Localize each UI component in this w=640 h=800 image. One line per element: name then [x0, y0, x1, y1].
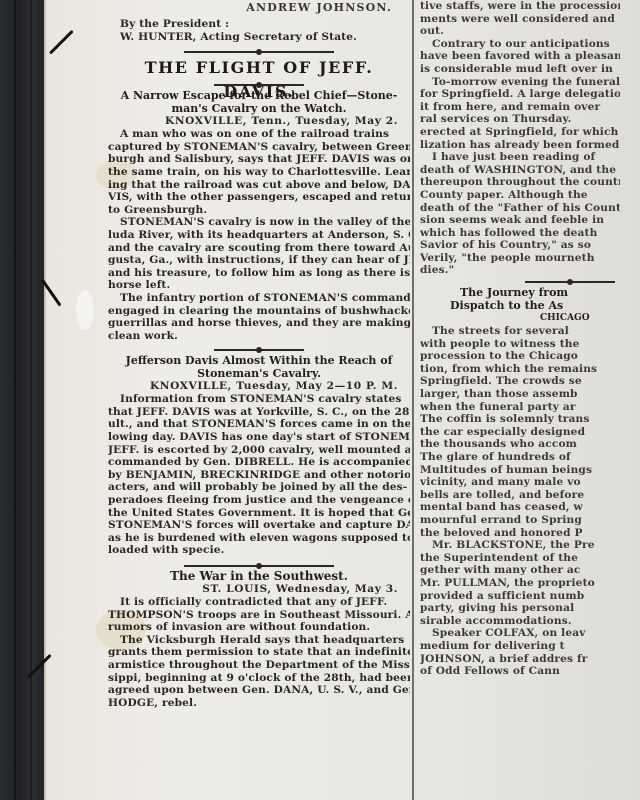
section-rule: [520, 277, 620, 286]
right-line: death of WASHINGTON, and the: [420, 164, 620, 177]
right-line: when the funeral party ar: [420, 401, 620, 414]
article1-line: STONEMAN'S cavalry is now in the valley …: [108, 216, 410, 229]
article3-line: grants them permission to state that an …: [108, 646, 410, 659]
right-line: The coffin is solemnly trans: [420, 413, 620, 426]
right-line: provided a sufficient numb: [420, 590, 620, 603]
right-line: mournful errand to Spring: [420, 514, 620, 527]
article2-line: STONEMAN'S forces will overtake and capt…: [108, 519, 410, 532]
article1-line: The infantry portion of STONEMAN'S comma…: [108, 292, 410, 305]
article1-subhead-1: A Narrow Escape for the Rebel Chief—Ston…: [108, 89, 410, 102]
right-line: To-morrow evening the funeral: [420, 76, 620, 89]
article1-line: guerrillas and horse thieves, and they a…: [108, 317, 410, 330]
right-line: tive staffs, were in the procession: [420, 0, 620, 13]
right-line: erected at Springfield, for which: [420, 126, 620, 139]
article1-line: to Greensburgh.: [108, 204, 410, 217]
right-line: of Odd Fellows of Cann: [420, 665, 620, 678]
right-subhead-2: Dispatch to the As: [420, 299, 620, 312]
right-line: medium for delivering t: [420, 640, 620, 653]
article1-line: A man who was on one of the railroad tra…: [108, 128, 410, 141]
right-line: Speaker COLFAX, on leav: [420, 627, 620, 640]
right-line: Verily, "the people mourneth: [420, 252, 620, 265]
right-line: the Superintendent of the: [420, 552, 620, 565]
right-line: sirable accommodations.: [420, 615, 620, 628]
right-line: Springfield. The crowds se: [420, 375, 620, 388]
article1-dateline: KNOXVILLE, Tenn., Tuesday, May 2.: [108, 115, 410, 128]
right-line: vicinity, and many male vo: [420, 476, 620, 489]
right-line: ral services on Thursday.: [420, 113, 620, 126]
article2-line: that JEFF. DAVIS was at Yorkville, S. C.…: [108, 406, 410, 419]
article2-dateline: KNOXVILLE, Tuesday, May 2—10 P. M.: [108, 380, 410, 393]
right-line: Savior of his Country," as so: [420, 239, 620, 252]
section-rule: [108, 561, 410, 570]
right-line: it from here, and remain over: [420, 101, 620, 114]
paper-tear: [76, 290, 94, 330]
article3-line: HODGE, rebel.: [108, 697, 410, 710]
article3-line: agreed upon between Gen. DANA, U. S. V.,…: [108, 684, 410, 697]
right-line: sion seems weak and feeble in: [420, 214, 620, 227]
spine-crease: [14, 0, 16, 800]
right-line: have been favored with a pleasant: [420, 50, 620, 63]
right-line: ments were well considered and: [420, 13, 620, 26]
right-subhead-3: CHICAGO: [420, 312, 620, 325]
article3-line: THOMPSON'S troops are in Southeast Misso…: [108, 609, 410, 622]
right-line: the beloved and honored P: [420, 527, 620, 540]
article1-line: and the cavalry are scouting from there …: [108, 242, 410, 255]
article3-line: The Vicksburgh Herald says that headquar…: [108, 634, 410, 647]
article1-line: engaged in clearing the mountains of bus…: [108, 305, 410, 318]
article1-line: and his treasure, to follow him as long …: [108, 267, 410, 280]
by-president-line: By the President :: [108, 18, 410, 31]
article1-line: clean work.: [108, 330, 410, 343]
right-line: mental band has ceased, w: [420, 501, 620, 514]
article1-line: the same train, on his way to Charlottes…: [108, 166, 410, 179]
right-line: Contrary to our anticipations: [420, 38, 620, 51]
article1-title: THE FLIGHT OF JEFF. DAVIS.: [108, 56, 410, 80]
right-line: dies.": [420, 264, 620, 277]
article3-title: The War in the Southwest.: [108, 570, 410, 583]
right-subhead-1: The Journey from: [420, 286, 620, 299]
title-rule: [108, 80, 410, 89]
column-divider: [412, 0, 414, 800]
article3-dateline: ST. LOUIS, Wednesday, May 3.: [108, 583, 410, 596]
right-line: bells are tolled, and before: [420, 489, 620, 502]
article3-line: sippi, beginning at 9 o'clock of the 28t…: [108, 672, 410, 685]
article1-line: captured by STONEMAN'S cavalry, between …: [108, 141, 410, 154]
right-line: Mr. BLACKSTONE, the Pre: [420, 539, 620, 552]
right-line: death of the "Father of his Country": [420, 202, 620, 215]
right-line: for Springfield. A large delegation: [420, 88, 620, 101]
right-line: larger, than those assemb: [420, 388, 620, 401]
right-line: the car especially designed: [420, 426, 620, 439]
article3-line: It is officially contradicted that any o…: [108, 596, 410, 609]
right-line: I have just been reading of: [420, 151, 620, 164]
right-line: JOHNSON, a brief addres fr: [420, 653, 620, 666]
article1-line: burgh and Salisbury, says that JEFF. DAV…: [108, 153, 410, 166]
article2-line: ult., and that STONEMAN'S forces came in…: [108, 418, 410, 431]
article1-line: VIS, with the other passengers, escaped …: [108, 191, 410, 204]
article1-line: ing that the railroad was cut above and …: [108, 179, 410, 192]
article1-subhead-2: man's Cavalry on the Watch.: [108, 102, 410, 115]
article1-line: horse left.: [108, 279, 410, 292]
right-line: tion, from which the remains: [420, 363, 620, 376]
section-rule: [108, 47, 410, 56]
right-line: party, giving his personal: [420, 602, 620, 615]
article1-line: gusta, Ga., with instructions, if they c…: [108, 254, 410, 267]
right-line: County paper. Although the: [420, 189, 620, 202]
article2-line: lowing day. DAVIS has one day's start of…: [108, 431, 410, 444]
article2-line: loaded with specie.: [108, 544, 410, 557]
proclamation-signature: ANDREW JOHNSON.: [108, 0, 410, 16]
right-line: Multitudes of human beings: [420, 464, 620, 477]
section-rule: [108, 345, 410, 354]
right-line: lization has already been formed: [420, 139, 620, 152]
article2-line: commanded by Gen. DIBRELL. He is accompa…: [108, 456, 410, 469]
article2-line: acters, and will probably be joined by a…: [108, 481, 410, 494]
article2-line: peradoes fleeing from justice and the ve…: [108, 494, 410, 507]
right-line: which has followed the death: [420, 227, 620, 240]
article2-subhead-1: Jefferson Davis Almost Within the Reach …: [108, 354, 410, 367]
right-line: The streets for several: [420, 325, 620, 338]
right-line: the thousands who accom: [420, 438, 620, 451]
article2-subhead-2: Stoneman's Cavalry.: [108, 367, 410, 380]
article2-line: the United States Government. It is hope…: [108, 507, 410, 520]
right-line: with people to witness the: [420, 338, 620, 351]
right-line: thereupon throughout the country: [420, 176, 620, 189]
article3-line: armistice throughout the Department of t…: [108, 659, 410, 672]
article1-line: luda River, with its headquarters at And…: [108, 229, 410, 242]
secretary-line: W. HUNTER, Acting Secretary of State.: [108, 31, 410, 44]
main-column: ANDREW JOHNSON. By the President : W. HU…: [108, 0, 410, 709]
right-line: out.: [420, 25, 620, 38]
right-line: The glare of hundreds of: [420, 451, 620, 464]
article2-line: JEFF. is escorted by 2,000 cavalry, well…: [108, 444, 410, 457]
article2-line: by BENJAMIN, BRECKINRIDGE and other noto…: [108, 469, 410, 482]
right-line: gether with many other ac: [420, 564, 620, 577]
right-line: is considerable mud left over in: [420, 63, 620, 76]
right-line: Mr. PULLMAN, the proprieto: [420, 577, 620, 590]
binding-spine: [0, 0, 48, 800]
article3-line: rumors of invasion are without foundatio…: [108, 621, 410, 634]
article2-line: as he is burdened with eleven wagons sup…: [108, 532, 410, 545]
newspaper-scan: ANDREW JOHNSON. By the President : W. HU…: [0, 0, 640, 800]
right-line: procession to the Chicago: [420, 350, 620, 363]
article2-line: Information from STONEMAN'S cavalry stat…: [108, 393, 410, 406]
spine-crease: [30, 0, 32, 800]
right-column: tive staffs, were in the procession ment…: [420, 0, 620, 678]
